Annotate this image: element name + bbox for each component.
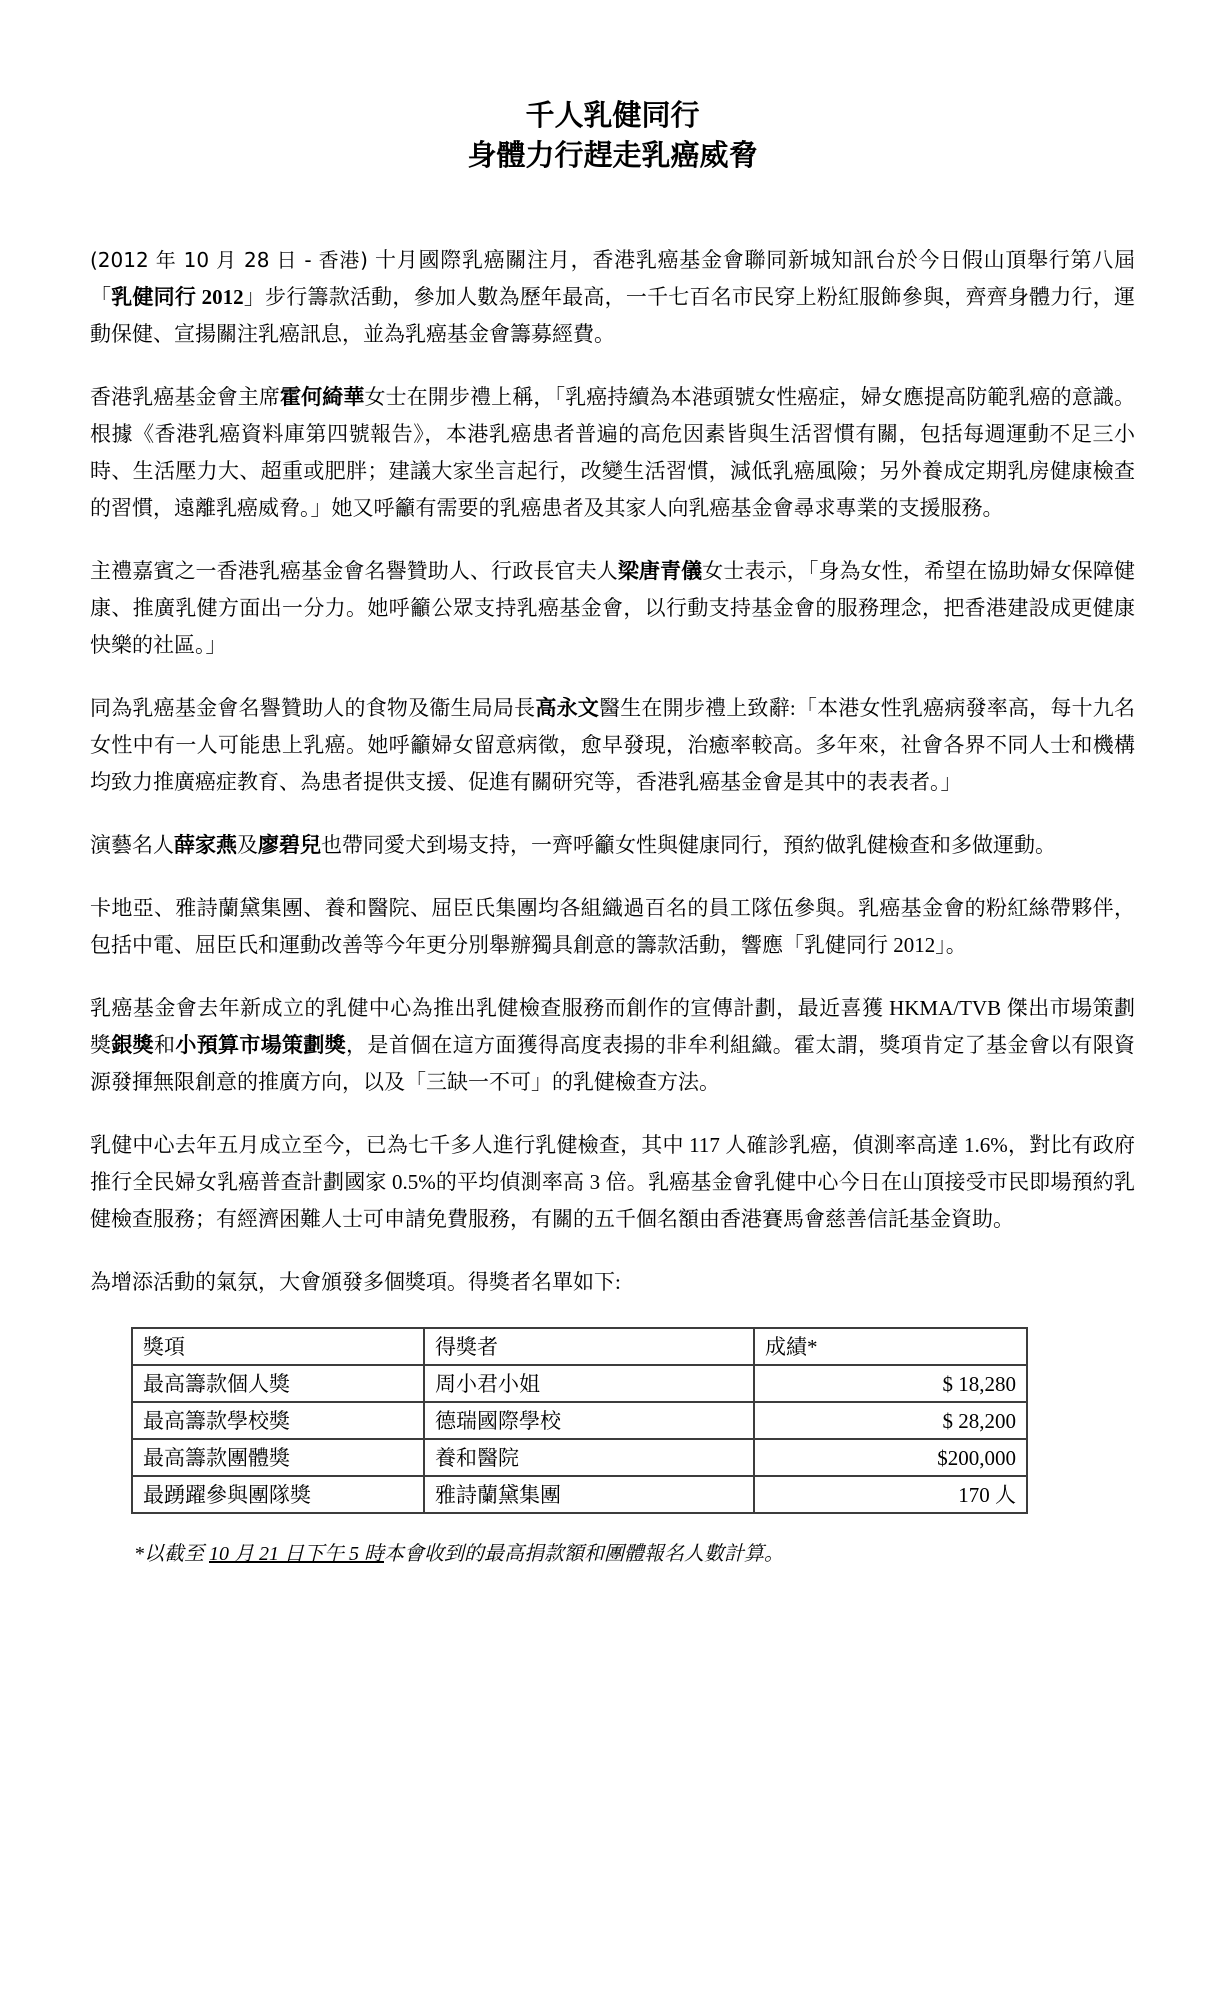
awards-table: 獎項得獎者成績* 最高籌款個人獎周小君小姐$ 18,280最高籌款學校獎德瑞國際… [131, 1327, 1028, 1514]
awards-table-row-2: 最高籌款學校獎德瑞國際學校$ 28,200 [132, 1402, 1027, 1439]
winner-name-cell: 養和醫院 [424, 1439, 754, 1476]
awards-col-header-2: 得獎者 [424, 1328, 754, 1365]
bold-text-run: 銀獎 [111, 1033, 154, 1057]
text-run: 及 [237, 833, 258, 857]
bold-text-run: 乳健同行 2012 [111, 285, 243, 309]
result-value-cell: $ 18,280 [754, 1365, 1027, 1402]
paragraph-5: 演藝名人薛家燕及廖碧兒也帶同愛犬到場支持，一齊呼籲女性與健康同行，預約做乳健檢查… [90, 827, 1135, 864]
paragraphs-container: (2012 年 10 月 28 日 - 香港) 十月國際乳癌關注月，香港乳癌基金… [90, 242, 1135, 1301]
footnote: *以截至 10 月 21 日下午 5 時本會收到的最高捐款額和團體報名人數計算。 [134, 1540, 1135, 1568]
winner-name-cell: 雅詩蘭黛集團 [424, 1476, 754, 1513]
award-name-cell: 最高籌款學校獎 [132, 1402, 424, 1439]
dateline-run: (2012 年 10 月 28 日 - 香港) [90, 248, 375, 272]
awards-col-header-1: 獎項 [132, 1328, 424, 1365]
text-run: 乳健中心去年五月成立至今，已為七千多人進行乳健檢查，其中 117 人確診乳癌，偵… [90, 1133, 1135, 1231]
awards-header-row: 獎項得獎者成績* [132, 1328, 1027, 1365]
text-run: 也帶同愛犬到場支持，一齊呼籲女性與健康同行，預約做乳健檢查和多做運動。 [321, 833, 1056, 857]
awards-table-row-3: 最高籌款團體獎養和醫院$200,000 [132, 1439, 1027, 1476]
award-name-cell: 最高籌款個人獎 [132, 1365, 424, 1402]
text-run: 卡地亞、雅詩蘭黛集團、養和醫院、屈臣氏集團均各組織過百名的員工隊伍參與。乳癌基金… [90, 896, 1135, 957]
paragraph-9: 為增添活動的氣氛，大會頒發多個獎項。得獎者名單如下: [90, 1264, 1135, 1301]
awards-table-body: 最高籌款個人獎周小君小姐$ 18,280最高籌款學校獎德瑞國際學校$ 28,20… [132, 1365, 1027, 1513]
text-run: *以截至 [134, 1543, 209, 1565]
bold-text-run: 梁唐青儀 [618, 559, 702, 583]
winner-name-cell: 德瑞國際學校 [424, 1402, 754, 1439]
text-run: 香港乳癌基金會主席 [90, 385, 280, 409]
paragraph-8: 乳健中心去年五月成立至今，已為七千多人進行乳健檢查，其中 117 人確診乳癌，偵… [90, 1127, 1135, 1238]
winner-name-cell: 周小君小姐 [424, 1365, 754, 1402]
paragraph-1: (2012 年 10 月 28 日 - 香港) 十月國際乳癌關注月，香港乳癌基金… [90, 242, 1135, 353]
doc-header: 千人乳健同行 身體力行趕走乳癌威脅 [90, 96, 1135, 176]
doc-title-line1: 千人乳健同行 [90, 96, 1135, 136]
result-value-cell: $200,000 [754, 1439, 1027, 1476]
doc-title-line2: 身體力行趕走乳癌威脅 [90, 136, 1135, 176]
paragraph-6: 卡地亞、雅詩蘭黛集團、養和醫院、屈臣氏集團均各組織過百名的員工隊伍參與。乳癌基金… [90, 890, 1135, 964]
text-run: 和 [154, 1033, 175, 1057]
paragraph-2: 香港乳癌基金會主席霍何綺華女士在開步禮上稱，「乳癌持續為本港頭號女性癌症，婦女應… [90, 379, 1135, 527]
bold-text-run: 小預算市場策劃獎 [175, 1033, 346, 1057]
paragraph-3: 主禮嘉賓之一香港乳癌基金會名譽贊助人、行政長官夫人梁唐青儀女士表示，「身為女性，… [90, 553, 1135, 664]
text-run: 主禮嘉賓之一香港乳癌基金會名譽贊助人、行政長官夫人 [90, 559, 618, 583]
award-name-cell: 最踴躍參與團隊獎 [132, 1476, 424, 1513]
awards-table-head: 獎項得獎者成績* [132, 1328, 1027, 1365]
text-run: 本會收到的最高捐款額和團體報名人數計算。 [384, 1543, 784, 1565]
text-run: 為增添活動的氣氛，大會頒發多個獎項。得獎者名單如下: [90, 1270, 621, 1294]
paragraph-7: 乳癌基金會去年新成立的乳健中心為推出乳健檢查服務而創作的宣傳計劃，最近喜獲 HK… [90, 990, 1135, 1101]
bold-text-run: 薛家燕 [174, 833, 237, 857]
text-run: 同為乳癌基金會名譽贊助人的食物及衞生局局長 [90, 696, 535, 720]
underlined-text-run: 10 月 21 日下午 5 時 [209, 1543, 384, 1565]
awards-table-row-4: 最踴躍參與團隊獎雅詩蘭黛集團170 人 [132, 1476, 1027, 1513]
bold-text-run: 高永文 [535, 696, 599, 720]
text-run: 演藝名人 [90, 833, 174, 857]
doc-body: (2012 年 10 月 28 日 - 香港) 十月國際乳癌關注月，香港乳癌基金… [90, 242, 1135, 1568]
awards-table-row-1: 最高籌款個人獎周小君小姐$ 18,280 [132, 1365, 1027, 1402]
result-value-cell: 170 人 [754, 1476, 1027, 1513]
awards-col-header-3: 成績* [754, 1328, 1027, 1365]
press-release-page: 千人乳健同行 身體力行趕走乳癌威脅 (2012 年 10 月 28 日 - 香港… [0, 0, 1224, 2000]
text-run: 」步行籌款活動，參加人數為歷年最高，一千七百名市民穿上粉紅服飾參與，齊齊身體力行… [90, 285, 1135, 346]
paragraph-4: 同為乳癌基金會名譽贊助人的食物及衞生局局長高永文醫生在開步禮上致辭:「本港女性乳… [90, 690, 1135, 801]
bold-text-run: 霍何綺華 [280, 385, 364, 409]
bold-text-run: 廖碧兒 [258, 833, 321, 857]
award-name-cell: 最高籌款團體獎 [132, 1439, 424, 1476]
result-value-cell: $ 28,200 [754, 1402, 1027, 1439]
